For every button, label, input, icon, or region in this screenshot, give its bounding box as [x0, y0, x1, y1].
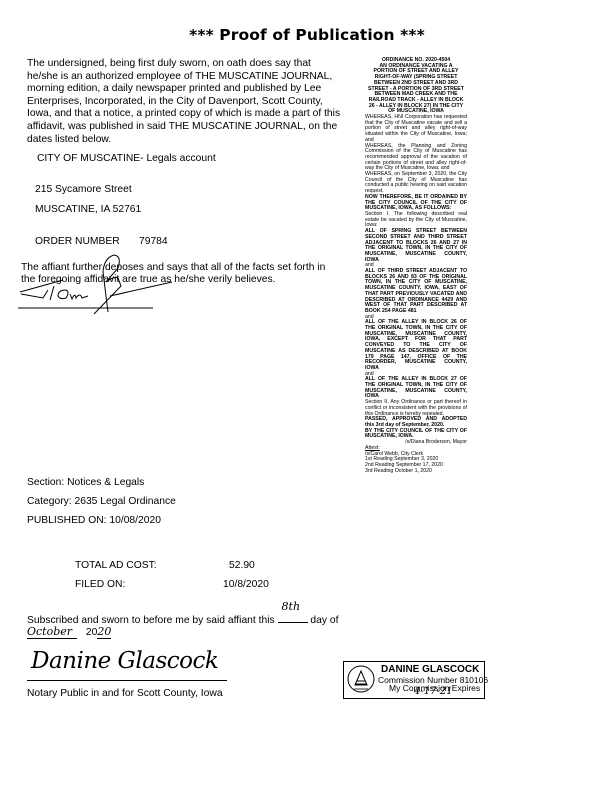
ordinance-paragraph: ALL OF THIRD STREET ADJACENT TO BLOCKS 2…: [365, 269, 467, 315]
ordinance-paragraph: WHEREAS, the Planning and Zoning Commiss…: [365, 144, 467, 173]
account-name: CITY OF MUSCATINE- Legals account: [37, 153, 216, 164]
ordinance-paragraph: Section II. Any Ordinance or part thereo…: [365, 400, 467, 417]
ordinance-paragraph: Section I. The following described real …: [365, 212, 467, 229]
sworn-month-year: October 2020: [27, 625, 111, 639]
ordinance-paragraph: ALL OF THE ALLEY IN BLOCK 26 OF THE ORIG…: [365, 320, 467, 371]
sworn-month: October: [27, 625, 77, 639]
ordinance-passed: PASSED, APPROVED AND ADOPTED this 3rd da…: [365, 417, 467, 428]
total-ad-cost-label: TOTAL AD COST:: [75, 560, 157, 571]
intro-line: affidavit, was published in said THE MUS…: [27, 121, 352, 134]
sworn-year-suffix: 20: [97, 625, 111, 639]
intro-line: Enterprises, Incorporated, in the City o…: [27, 96, 352, 109]
ordinance-paragraph: WHEREAS, on September 3, 2020, the City …: [365, 172, 467, 195]
order-number: 79784: [139, 236, 168, 247]
ordinance-paragraph: ALL OF THE ALLEY IN BLOCK 27 OF THE ORIG…: [365, 377, 467, 400]
notary-seal-icon: [346, 664, 376, 694]
total-ad-cost: 52.90: [229, 560, 255, 571]
sworn-day: 8th: [282, 600, 301, 613]
notary-stamp: DANINE GLASCOCK Commission Number 810106…: [343, 661, 485, 699]
sworn-day-field: 8th: [278, 612, 308, 623]
sworn-day-suffix: day of: [310, 615, 338, 626]
published-on: PUBLISHED ON: 10/08/2020: [27, 515, 161, 526]
ordinance-header: ORDINANCE NO. 2020-4504 AN ORDINANCE VAC…: [365, 58, 467, 115]
intro-paragraph: The undersigned, being first duly sworn,…: [27, 58, 352, 146]
intro-line: dates listed below.: [27, 134, 352, 147]
filed-on-label: FILED ON:: [75, 579, 125, 590]
intro-line: morning edition, a daily newspaper print…: [27, 83, 352, 96]
notary-signature: Danine Glascock: [27, 646, 227, 681]
intro-line: Iowa, and that a notice, a printed copy …: [27, 108, 352, 121]
address-line-1: 215 Sycamore Street: [35, 184, 132, 195]
notary-label: Notary Public in and for Scott County, I…: [27, 688, 223, 699]
address-line-2: MUSCATINE, IA 52761: [35, 204, 141, 215]
intro-line: The undersigned, being first duly sworn,…: [27, 58, 352, 71]
ordinance-reading: 3rd Reading October 1, 2020: [365, 469, 467, 475]
ordinance-notice: ORDINANCE NO. 2020-4504 AN ORDINANCE VAC…: [365, 58, 467, 474]
affiant-signature: [18, 252, 178, 322]
ordinance-paragraph: NOW THEREFORE, BE IT ORDAINED BY THE CIT…: [365, 195, 467, 212]
stamp-name: DANINE GLASCOCK: [381, 664, 479, 675]
category-label: Category: 2635 Legal Ordinance: [27, 496, 176, 507]
ordinance-paragraph: WHEREAS, HNI Corporation has requested t…: [365, 115, 467, 144]
page-title: *** Proof of Publication ***: [0, 26, 614, 44]
sworn-statement: Subscribed and sworn to before me by sai…: [27, 612, 338, 626]
filed-on: 10/8/2020: [223, 579, 269, 590]
intro-line: he/she is an authorized employee of THE …: [27, 71, 352, 84]
stamp-expires-date: 4-17-21: [414, 686, 453, 697]
sworn-year-prefix: 20: [86, 627, 97, 638]
order-number-label: ORDER NUMBER: [35, 236, 120, 247]
section-label: Section: Notices & Legals: [27, 477, 144, 488]
ordinance-paragraph: ALL OF SPRING STREET BETWEEN SECOND STRE…: [365, 229, 467, 263]
notary-signature-text: Danine Glascock: [31, 648, 218, 674]
